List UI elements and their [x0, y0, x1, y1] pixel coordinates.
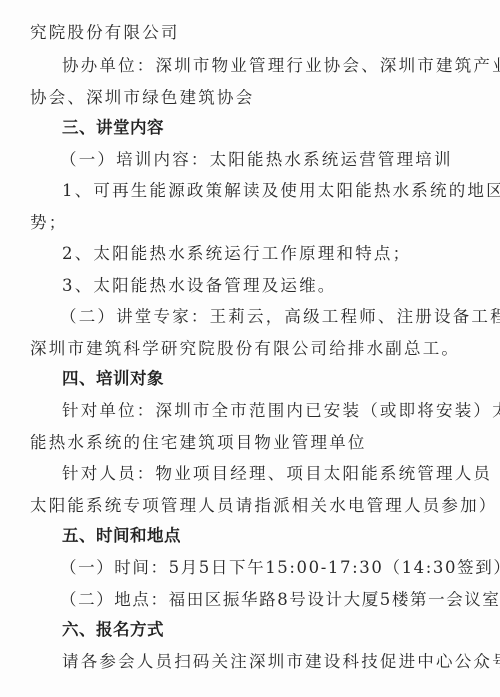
section-heading: 三、讲堂内容	[62, 117, 480, 139]
document-page: 究院股份有限公司 协办单位：深圳市物业管理行业协会、深圳市建筑产业化 协会、深圳…	[0, 0, 500, 697]
text-line: 究院股份有限公司	[30, 22, 480, 44]
text-line: 太阳能系统专项管理人员请指派相关水电管理人员参加）	[30, 495, 480, 517]
text-line: （一）培训内容：太阳能热水系统运营管理培训	[60, 149, 480, 171]
text-line: 请各参会人员扫码关注深圳市建设科技促进中心公众号，	[62, 651, 480, 673]
text-line: 针对单位：深圳市全市范围内已安装（或即将安装）太阳	[62, 400, 480, 422]
text-line: 能热水系统的住宅建筑项目物业管理单位	[30, 432, 480, 454]
section-heading: 六、报名方式	[62, 619, 480, 641]
text-line: 协会、深圳市绿色建筑协会	[30, 87, 480, 109]
text-line: （二）地点：福田区振华路8号设计大厦5楼第一会议室。	[60, 589, 480, 611]
text-line: 3、太阳能热水设备管理及运维。	[62, 275, 480, 297]
text-line: 1、可再生能源政策解读及使用太阳能热水系统的地区优	[62, 180, 480, 202]
section-heading: 五、时间和地点	[62, 525, 480, 547]
text-line: （二）讲堂专家：王莉云，高级工程师、注册设备工程师、	[60, 306, 480, 328]
text-line: （一）时间：5月5日下午15:00-17:30（14:30签到）。	[60, 557, 480, 579]
text-line: 2、太阳能热水系统运行工作原理和特点；	[62, 243, 480, 265]
text-line: 势；	[30, 212, 480, 234]
text-line: 针对人员：物业项目经理、项目太阳能系统管理人员（无	[62, 463, 480, 485]
section-heading: 四、培训对象	[62, 368, 480, 390]
text-line: 协办单位：深圳市物业管理行业协会、深圳市建筑产业化	[62, 55, 480, 77]
text-line: 深圳市建筑科学研究院股份有限公司给排水副总工。	[30, 338, 480, 360]
